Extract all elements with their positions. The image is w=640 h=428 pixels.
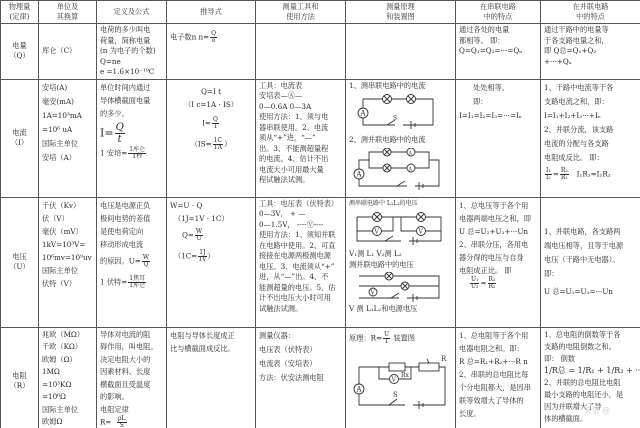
header-derivation: 推导式 [167,1,256,24]
table-row-charge: 电量（Q） 库仑（C） 电荷的多少叫电荷量，简称电量(n 为电子的个数)Q=ne… [1,24,640,80]
header-parallel: 在并联电路中的特点 [541,1,640,24]
svg-text:Rx: Rx [401,372,410,379]
definition-cell: 电荷的多少叫电荷量，简称电量(n 为电子的个数)Q=nee =1.6×10⁻¹⁹… [97,24,167,80]
tools-cell: 工具：电压表（伏特表）0—3V， + —0—1.5V， ----Ⓥ----使用方… [256,197,346,327]
svg-text:V: V [418,229,424,236]
svg-text:A: A [356,170,363,178]
series-voltmeter-circuit-diagram: V V [349,211,449,247]
units-cell: 千伏（Kv）伏（V）毫伏（mV）1kV=10³V=10⁶mv=10⁹uv国际主单… [39,197,97,327]
principle-cell: 1、测串联电路中的电流 A S 2、测并联电路中的电流 [346,79,456,197]
parallel-ammeter-circuit-diagram: A A A [349,148,449,190]
principle-cell [346,24,456,80]
derivation-cell: 电阻与导体长度成正比与横截面成反比。 [167,327,256,428]
watermark: 头条 @ [583,405,610,416]
header-series: 在串联电路中的特点 [456,1,541,24]
derivation-cell: Q=I t （I c=1A · IS） I=QI （IS=1C1A） [167,79,256,197]
definition-cell: 电压是电源正负极间电势的差值是使电荷定向移动形成电流 的原因。U=WQ 1 伏特… [97,197,167,327]
svg-text:A: A [360,110,367,118]
header-principle: 测量原理和装置图 [346,1,456,24]
definition-cell: 单位时间内通过导体横截面电量的多少。 I=Qt 1 安培=1库仑1秒 [97,79,167,197]
svg-text:V: V [391,376,397,383]
svg-text:V: V [370,290,376,297]
parallel-voltmeter-circuit-diagram: V [349,272,449,302]
svg-text:A: A [408,150,413,156]
principle-cell: 测串联电路中 L₁L₂的电压 V V V₁测 L₁ V₂测 L₂ 测并联电路中的… [346,197,456,327]
quantity-cell: 电压（U） [1,197,39,327]
series-ammeter-circuit-diagram: A S [349,93,449,133]
svg-text:S: S [393,115,397,122]
physics-summary-table: 物理量(定律) 单位及其换算 定义及公式 推导式 测量工具和使用方法 测量原理和… [0,0,640,428]
header-quantity: 物理量(定律) [1,1,39,24]
voltammetry-circuit-diagram: V A Rx R S [349,347,453,417]
svg-text:R: R [441,355,447,363]
derivation-cell: 电子数n n=Qe [167,24,256,80]
principle-cell: 原理：R=UI 装置图 V A Rx R S [346,327,456,428]
series-cell: 1、总电阻等于各个用电器电阻之和。即：R 总=R₁+R₂+···R n2、串联的… [456,327,541,428]
derivation-cell: W=U · Q （1J=1V · 1C） Q=WU （1C=1J1V） [167,197,256,327]
header-tools: 测量工具和使用方法 [256,1,346,24]
header-row: 物理量(定律) 单位及其换算 定义及公式 推导式 测量工具和使用方法 测量原理和… [1,1,640,24]
svg-text:V: V [374,229,380,236]
header-definition: 定义及公式 [97,1,167,24]
parallel-cell: 通过干路中的电量等于各支路电量之和，即 Q总=Q₁+Q₂ +···+Qₙ [541,24,640,80]
physics-electricity-summary-table-wrapper: 物理量(定律) 单位及其换算 定义及公式 推导式 测量工具和使用方法 测量原理和… [0,0,640,428]
units-cell: 安培(A)毫安(mA)1A=10³mA=10⁶ uA国际主单位安培（A） [39,79,97,197]
units-cell: 兆欧（MΩ）千欧（KΩ）欧姆（Ω）1MΩ=10³KΩ=10⁶Ω国际主单位欧姆Ω [39,327,97,428]
table-row-voltage: 电压（U） 千伏（Kv）伏（V）毫伏（mV）1kV=10³V=10⁶mv=10⁹… [1,197,640,327]
series-cell: 1、总电压等于各个用电器两端电压之和，即U 总=U₁+U₂+···Un2、串联分… [456,197,541,327]
parallel-cell: 1、干路中电流等于各支路电流之和，即：I=I₁+I₂+I₃···+Iₙ2、并联分… [541,79,640,197]
svg-text:A: A [408,166,413,172]
parallel-cell: 1、并联电路，各支路两端电压相等，且等于电源电压（干路中无电器）。即：U 总=U… [541,197,640,327]
quantity-cell: 电流（I） [1,79,39,197]
units-cell: 库仑（C） [39,24,97,80]
tools-cell [256,24,346,80]
quantity-cell: 电阻（R） [1,327,39,428]
quantity-cell: 电量（Q） [1,24,39,80]
tools-cell: 工具：电流表安培表—Ⓐ—0—0.6A 0—3A使用方法：1、须与电器串联使用。2… [256,79,346,197]
svg-text:A: A [356,385,363,393]
tools-cell: 测量仪器：电压表（伏特表）电流表（安培表）方法：伏安法测电阻 [256,327,346,428]
series-cell: 处处相等。 即： I=I₁=I₂=I₃=···=Iₙ [456,79,541,197]
series-cell: 通过各处的电量都相等。 即：Q=Q₁=Q₂=···=Qₙ [456,24,541,80]
definition-cell: 导体对电流的阻碍作用，叫电阻。决定电阻大小的因素材料、长度横截面且受温度的影响。… [97,327,167,428]
table-row-resistance: 电阻（R） 兆欧（MΩ）千欧（KΩ）欧姆（Ω）1MΩ=10³KΩ=10⁶Ω国际主… [1,327,640,428]
table-row-current: 电流（I） 安培(A)毫安(mA)1A=10³mA=10⁶ uA国际主单位安培（… [1,79,640,197]
header-units: 单位及其换算 [39,1,97,24]
svg-text:S: S [393,391,398,399]
